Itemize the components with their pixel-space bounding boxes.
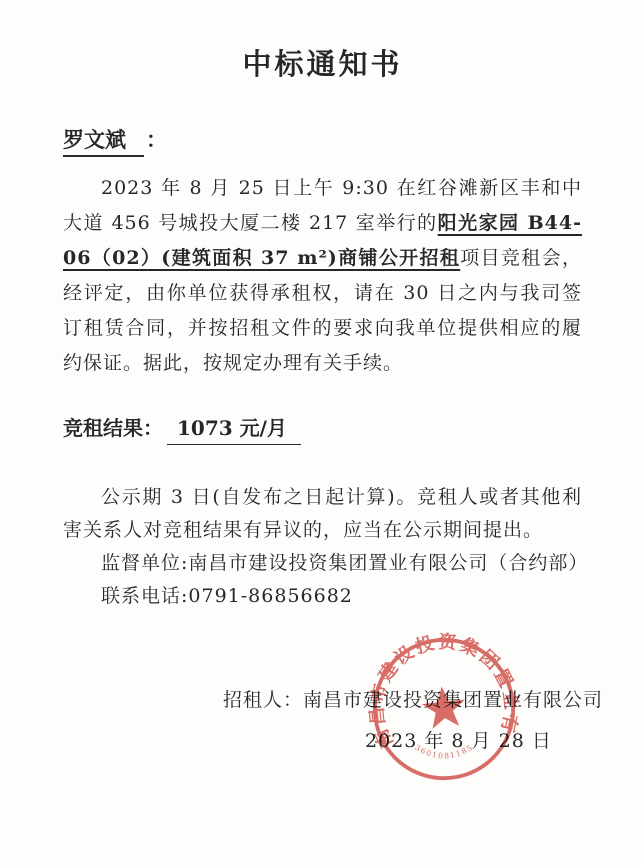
- bid-result-label: 竞租结果：: [63, 416, 163, 440]
- document-title: 中标通知书: [63, 46, 582, 82]
- contact-phone-line: 联系电话:0791-86856682: [63, 580, 582, 613]
- bid-result-line: 竞租结果：1073 元/月: [63, 413, 582, 445]
- notice-document-page: 中标通知书 罗文斌： 2023 年 8 月 25 日上午 9:30 在红谷滩新区…: [0, 0, 641, 866]
- supervisor-line: 监督单位:南昌市建设投资集团置业有限公司（合约部）: [63, 547, 582, 580]
- recipient-salutation: 罗文斌：: [63, 126, 582, 157]
- body-paragraph-main: 2023 年 8 月 25 日上午 9:30 在红谷滩新区丰和中大道 456 号…: [63, 171, 582, 381]
- signature-date: 2023 年 8 月 28 日: [365, 727, 582, 755]
- lessor-label: 招租人：: [223, 689, 303, 711]
- recipient-name: 罗文斌: [63, 126, 144, 157]
- signature-block: 招租人：南昌市建设投资集团置业有限公司 2023 年 8 月 28 日: [63, 685, 582, 755]
- document-content: 中标通知书 罗文斌： 2023 年 8 月 25 日上午 9:30 在红谷滩新区…: [63, 0, 582, 755]
- lessor-signature-line: 招租人：南昌市建设投资集团置业有限公司: [223, 685, 582, 715]
- bid-result-value: 1073 元/月: [167, 413, 301, 445]
- publicity-period-paragraph: 公示期 3 日(自发布之日起计算)。竞租人或者其他利害关系人对竞租结果有异议的，…: [63, 481, 582, 547]
- lessor-name: 南昌市建设投资集团置业有限公司: [303, 689, 603, 711]
- recipient-colon: ：: [146, 127, 167, 152]
- publicity-info-block: 公示期 3 日(自发布之日起计算)。竞租人或者其他利害关系人对竞租结果有异议的，…: [63, 481, 582, 613]
